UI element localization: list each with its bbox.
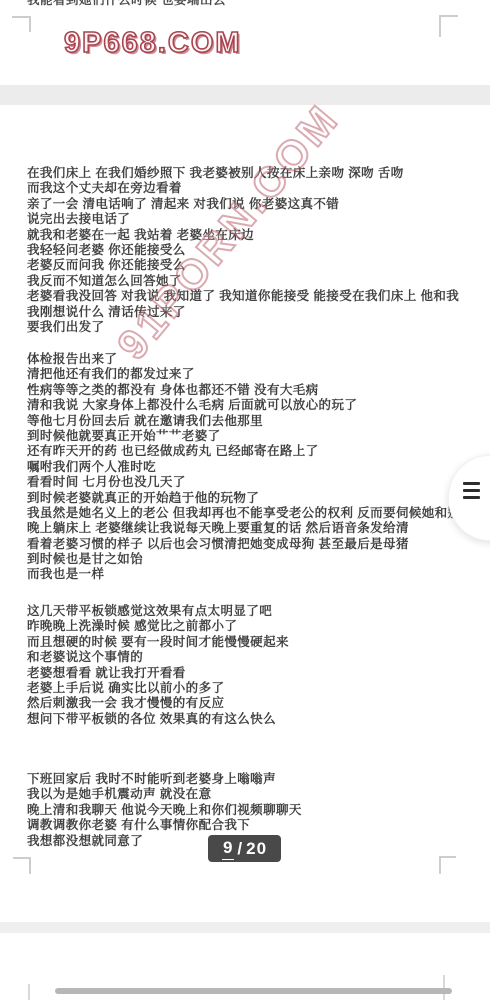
text-line: 看看时间 七月份也没几天了 <box>27 475 482 490</box>
text-line: 看着老婆习惯的样子 以后也会习惯清把她变成母狗 甚至最后是母猪 <box>27 537 482 552</box>
text-line: 我轻轻问老婆 你还能接受么 <box>27 243 482 258</box>
text-line: 我刚想说什么 清话传过来了 <box>27 305 482 320</box>
text-line: 昨晚晚上洗澡时候 感觉比之前都小了 <box>27 619 482 634</box>
clipped-text-line: 我能看到她们什么时候 也要端出去 <box>27 0 307 6</box>
text-line: 老婆看我没回答 对我说 我知道了 我知道你能接受 能接受在我们床上 他和我 <box>27 289 482 304</box>
text-line: 老婆反而问我 你还能接受么 <box>27 258 482 273</box>
text-line: 我以为是她手机震动声 就没在意 <box>27 787 482 802</box>
text-line: 调教调教你老婆 有什么事情你配合我下 <box>27 818 482 833</box>
text-line: 而我也是一样 <box>27 567 482 582</box>
text-line: 性病等等之类的都没有 身体也都还不错 没有大毛病 <box>27 383 482 398</box>
corner-mark-top-right <box>439 15 458 37</box>
paragraph-block: 体检报告出来了 清把他还有我们的都发过来了 性病等等之类的都没有 身体也都还不错… <box>27 352 482 583</box>
text-line: 我反而不知道怎么回答她了 <box>27 274 482 289</box>
paragraph-block: 在我们床上 在我们婚纱照下 我老婆被别人按在床上亲吻 深吻 舌吻 而我这个丈夫却… <box>27 166 482 335</box>
text-line: 就我和老婆在一起 我站着 老婆坐在床边 <box>27 228 482 243</box>
text-line: 晚上清和我聊天 他说今天晚上和你们视频聊聊天 <box>27 803 482 818</box>
hamburger-icon <box>463 482 480 503</box>
corner-mark-top-left <box>12 16 31 32</box>
page-indicator-badge: 9 / 20 <box>208 835 281 862</box>
watermark-header: 9P668.COM <box>64 27 242 60</box>
text-line: 下班回家后 我时不时能听到老婆身上嗡嗡声 <box>27 772 482 787</box>
reader-viewport[interactable]: 我能看到她们什么时候 也要端出去 9P668.COM 在我们床上 在我们婚纱照下… <box>0 0 490 1000</box>
text-line: 我虽然是她名义上的老公 但我却再也不能享受老公的权利 反而要伺候她和别人的男人 <box>27 506 482 521</box>
text-line: 老婆上手后说 确实比以前小的多了 <box>27 681 482 696</box>
text-line: 和老婆说这个事情的 <box>27 650 482 665</box>
page-separator: / <box>237 839 243 859</box>
page-total: 20 <box>246 839 267 859</box>
text-line: 清把他还有我们的都发过来了 <box>27 367 482 382</box>
corner-mark-bottom-right <box>439 856 456 874</box>
paragraph-block: 这几天带平板锁感觉这效果有点太明显了吧 昨晚晚上洗澡时候 感觉比之前都小了 而且… <box>27 604 482 727</box>
text-line: 到时候他就要真正开始艹艹老婆了 <box>27 429 482 444</box>
text-line: 要我们出发了 <box>27 320 482 335</box>
text-line: 体检报告出来了 <box>27 352 482 367</box>
page-divider <box>0 922 490 933</box>
text-line: 老婆想看看 就让我打开看看 <box>27 666 482 681</box>
text-line: 想问下带平板锁的各位 效果真的有这么快么 <box>27 712 482 727</box>
text-line: 清和我说 大家身体上都没什么毛病 后面就可以放心的玩了 <box>27 398 482 413</box>
text-line: 然后刺激我一会 我才慢慢的有反应 <box>27 696 482 711</box>
text-line: 到时候也是甘之如饴 <box>27 552 482 567</box>
corner-mark-bottom-left <box>13 857 31 874</box>
next-page-corner-line-left <box>28 984 30 1000</box>
text-line: 而我这个丈夫却在旁边看着 <box>27 181 482 196</box>
page-current: 9 <box>222 838 234 860</box>
text-line: 等他七月份回去后 就在邀请我们去他那里 <box>27 414 482 429</box>
next-page-divider-bar <box>55 988 452 994</box>
text-line: 到时候老婆就真正的开始趋于他的玩物了 <box>27 491 482 506</box>
text-line: 在我们床上 在我们婚纱照下 我老婆被别人按在床上亲吻 深吻 舌吻 <box>27 166 482 181</box>
text-line: 说完出去接电话了 <box>27 212 482 227</box>
page-divider <box>0 85 490 105</box>
text-line: 亲了一会 清电话响了 清起来 对我们说 你老婆这真不错 <box>27 197 482 212</box>
text-line: 这几天带平板锁感觉这效果有点太明显了吧 <box>27 604 482 619</box>
text-line: 还有昨天开的药 也已经做成药丸 已经邮寄在路上了 <box>27 444 482 459</box>
text-line: 嘱咐我们两个人准时吃 <box>27 460 482 475</box>
text-line: 而且想硬的时候 要有一段时间才能慢慢硬起来 <box>27 635 482 650</box>
text-line: 晚上躺床上 老婆继续让我说每天晚上要重复的话 然后语音条发给清 <box>27 521 482 536</box>
